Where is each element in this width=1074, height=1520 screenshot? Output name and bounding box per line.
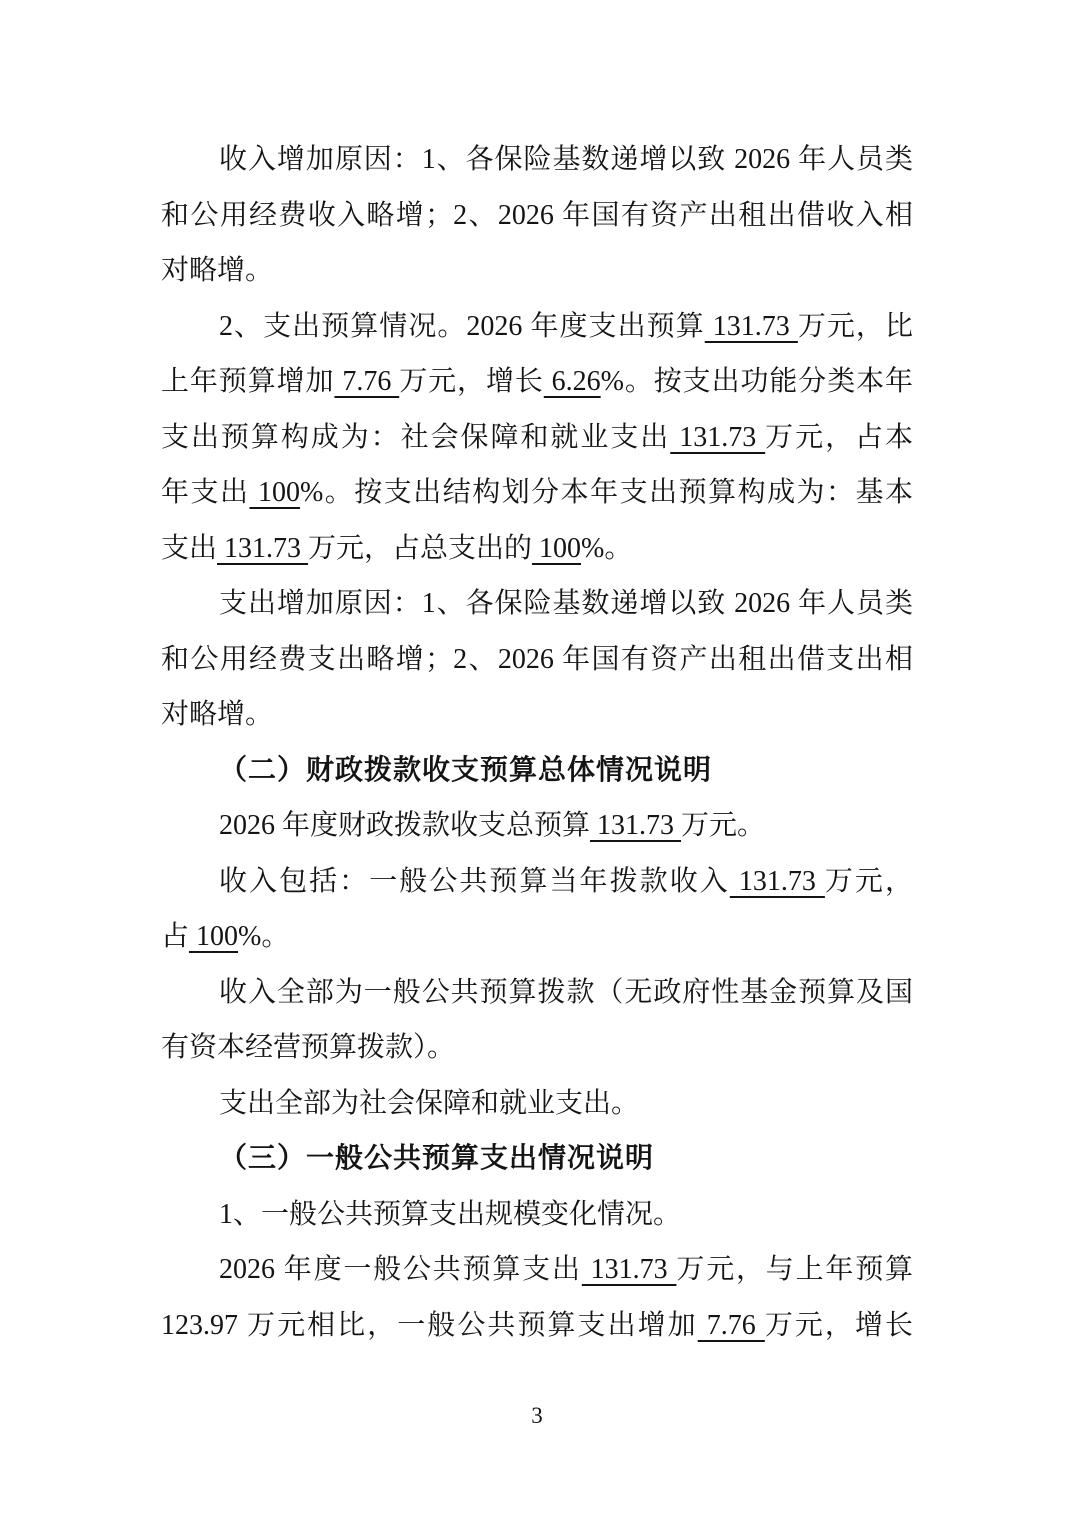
underlined-value: 100 — [249, 477, 300, 508]
text-run: %。按支出功能分类本年 — [601, 366, 913, 397]
text-line: 1、一般公共预算支出规模变化情况。 — [161, 1187, 913, 1243]
text-run: 万元，增长 — [399, 366, 544, 397]
text-run: %。 — [581, 533, 632, 564]
underlined-value: 131.73 — [705, 311, 798, 342]
text-run: 万元，占本 — [765, 422, 913, 453]
text-run: 占 — [161, 921, 189, 952]
text-line: 123.97 万元相比，一般公共预算支出增加 7.76 万元，增长 — [161, 1298, 913, 1354]
text-run: 收入增加原因：1、各保险基数递增以致 2026 年人员类 — [219, 144, 913, 175]
text-line: 2026 年度财政拨款收支总预算 131.73 万元。 — [161, 798, 913, 854]
text-run: （三）一般公共预算支出情况说明 — [219, 1143, 654, 1174]
text-run: 万元， — [825, 866, 913, 897]
text-run: 万元。 — [681, 810, 765, 841]
text-line: 和公用经费收入略增；2、2026 年国有资产出租出借收入相 — [161, 188, 913, 244]
underlined-value: 100 — [532, 533, 581, 564]
text-line: 支出 131.73 万元，占总支出的 100%。 — [161, 521, 913, 577]
text-run: %。按支出结构划分本年支出预算构成为：基本 — [300, 477, 913, 508]
underlined-value: 131.73 — [730, 866, 825, 897]
text-line: 支出增加原因：1、各保险基数递增以致 2026 年人员类 — [161, 576, 913, 632]
text-line: 有资本经营预算拨款）。 — [161, 1020, 913, 1076]
text-run: 年支出 — [161, 477, 249, 508]
text-run: 支出增加原因：1、各保险基数递增以致 2026 年人员类 — [219, 588, 913, 619]
text-line: 年支出 100%。按支出结构划分本年支出预算构成为：基本 — [161, 465, 913, 521]
text-run: （二）财政拨款收支预算总体情况说明 — [219, 755, 712, 786]
text-run: 支出 — [161, 533, 217, 564]
text-run: %。 — [238, 921, 289, 952]
text-run: 万元，增长 — [765, 1310, 913, 1341]
page-number: 3 — [0, 1400, 1074, 1432]
underlined-value: 131.73 — [217, 533, 308, 564]
underlined-value: 131.73 — [590, 810, 681, 841]
text-line: 收入增加原因：1、各保险基数递增以致 2026 年人员类 — [161, 132, 913, 188]
text-line: 2026 年度一般公共预算支出 131.73 万元，与上年预算 — [161, 1242, 913, 1298]
text-run: 收入全部为一般公共预算拨款（无政府性基金预算及国 — [219, 977, 913, 1008]
document-body: 收入增加原因：1、各保险基数递增以致 2026 年人员类和公用经费收入略增；2、… — [161, 132, 913, 1353]
text-run: 123.97 万元相比，一般公共预算支出增加 — [161, 1310, 698, 1341]
text-run: 对略增。 — [161, 699, 273, 730]
underlined-value: 100 — [189, 921, 238, 952]
underlined-value: 7.76 — [334, 366, 399, 397]
text-line: 支出全部为社会保障和就业支出。 — [161, 1076, 913, 1132]
text-run: 有资本经营预算拨款）。 — [161, 1032, 455, 1063]
text-run: 2026 年度财政拨款收支总预算 — [219, 810, 590, 841]
text-line: 支出预算构成为：社会保障和就业支出 131.73 万元，占本 — [161, 410, 913, 466]
text-line: 占 100%。 — [161, 909, 913, 965]
text-run: 万元，与上年预算 — [676, 1254, 913, 1285]
text-line: 对略增。 — [161, 687, 913, 743]
text-run: 2、支出预算情况。2026 年度支出预算 — [219, 311, 705, 342]
underlined-value: 131.73 — [582, 1254, 677, 1285]
text-run: 收入包括：一般公共预算当年拨款收入 — [219, 866, 730, 897]
underlined-value: 6.26 — [544, 366, 601, 397]
text-run: 万元，占总支出的 — [308, 533, 532, 564]
text-run: 和公用经费支出略增；2、2026 年国有资产出租出借支出相 — [161, 644, 913, 675]
text-run: 和公用经费收入略增；2、2026 年国有资产出租出借收入相 — [161, 200, 913, 231]
text-line: 对略增。 — [161, 243, 913, 299]
text-run: 支出预算构成为：社会保障和就业支出 — [161, 422, 670, 453]
section-heading: （三）一般公共预算支出情况说明 — [161, 1131, 913, 1187]
text-line: 收入全部为一般公共预算拨款（无政府性基金预算及国 — [161, 965, 913, 1021]
text-line: 收入包括：一般公共预算当年拨款收入 131.73 万元， — [161, 854, 913, 910]
text-run: 上年预算增加 — [161, 366, 334, 397]
text-run: 1、一般公共预算支出规模变化情况。 — [219, 1199, 681, 1230]
underlined-value: 131.73 — [670, 422, 765, 453]
text-line: 上年预算增加 7.76 万元，增长 6.26%。按支出功能分类本年 — [161, 354, 913, 410]
text-run: 对略增。 — [161, 255, 273, 286]
text-run: 支出全部为社会保障和就业支出。 — [219, 1088, 639, 1119]
text-run: 2026 年度一般公共预算支出 — [219, 1254, 582, 1285]
text-run: 万元，比 — [798, 311, 913, 342]
document-page: 收入增加原因：1、各保险基数递增以致 2026 年人员类和公用经费收入略增；2、… — [0, 0, 1074, 1520]
text-line: 2、支出预算情况。2026 年度支出预算 131.73 万元，比 — [161, 299, 913, 355]
text-line: 和公用经费支出略增；2、2026 年国有资产出租出借支出相 — [161, 632, 913, 688]
underlined-value: 7.76 — [698, 1310, 765, 1341]
section-heading: （二）财政拨款收支预算总体情况说明 — [161, 743, 913, 799]
